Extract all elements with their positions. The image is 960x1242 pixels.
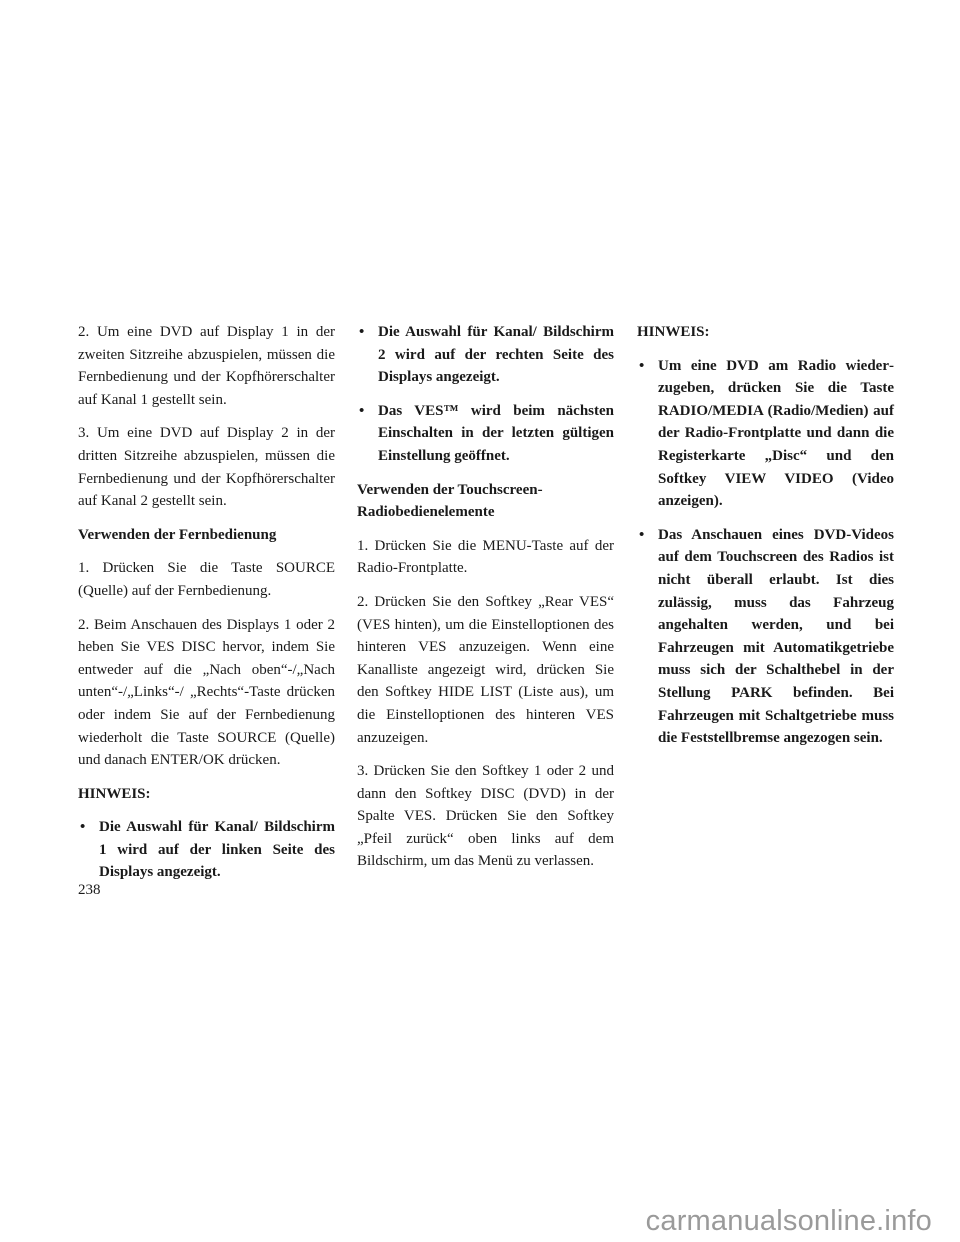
heading-touchscreen-controls: Verwenden der Touchscreen-Radiobedienele…: [357, 479, 614, 524]
paragraph-remote-step-1: 1. Drücken Sie die Taste SOURCE (Quelle)…: [78, 557, 335, 602]
paragraph-touch-step-2: 2. Drücken Sie den Softkey „Rear VES“ (V…: [357, 591, 614, 749]
bullet-icon: •: [359, 321, 364, 344]
bullet-text: Das Anschauen eines DVD-Videos auf dem T…: [658, 527, 894, 746]
note-bullet-ves-last-setting: • Das VES™ wird beim nächsten Einschalte…: [357, 400, 614, 468]
paragraph-remote-step-2: 2. Beim Anschauen des Displays 1 oder 2 …: [78, 614, 335, 772]
note-bullet-channel-1: • Die Auswahl für Kanal/ Bildschirm 1 wi…: [78, 816, 335, 884]
bullet-icon: •: [639, 355, 644, 378]
bullet-text: Um eine DVD am Radio wieder­zugeben, drü…: [658, 358, 894, 510]
watermark: carmanualsonline.info: [646, 1205, 932, 1238]
heading-note-1: HINWEIS:: [78, 783, 335, 806]
page-number: 238: [78, 882, 101, 899]
bullet-icon: •: [359, 400, 364, 423]
note-bullet-channel-2: • Die Auswahl für Kanal/ Bildschirm 2 wi…: [357, 321, 614, 389]
paragraph-touch-step-1: 1. Drücken Sie die MENU-Taste auf der Ra…: [357, 535, 614, 580]
heading-note-2: HINWEIS:: [637, 321, 894, 344]
column-3: HINWEIS: • Um eine DVD am Radio wieder­z…: [637, 321, 894, 761]
paragraph-step-2-display-1: 2. Um eine DVD auf Display 1 in der zwei…: [78, 321, 335, 411]
paragraph-step-3-display-2: 3. Um eine DVD auf Display 2 in der drit…: [78, 422, 335, 512]
bullet-text: Die Auswahl für Kanal/ Bildschirm 1 wird…: [99, 819, 335, 880]
bullet-icon: •: [80, 816, 85, 839]
bullet-text: Die Auswahl für Kanal/ Bildschirm 2 wird…: [378, 324, 614, 385]
note-bullet-touchscreen-video: • Das Anschauen eines DVD-Videos auf dem…: [637, 524, 894, 750]
bullet-text: Das VES™ wird beim nächsten Einschalten …: [378, 403, 614, 464]
bullet-icon: •: [639, 524, 644, 547]
paragraph-touch-step-3: 3. Drücken Sie den Softkey 1 oder 2 und …: [357, 760, 614, 873]
heading-remote-control: Verwenden der Fernbedienung: [78, 524, 335, 547]
column-1: 2. Um eine DVD auf Display 1 in der zwei…: [78, 321, 335, 895]
column-2: • Die Auswahl für Kanal/ Bildschirm 2 wi…: [357, 321, 614, 884]
note-bullet-radio-dvd: • Um eine DVD am Radio wieder­zugeben, d…: [637, 355, 894, 513]
